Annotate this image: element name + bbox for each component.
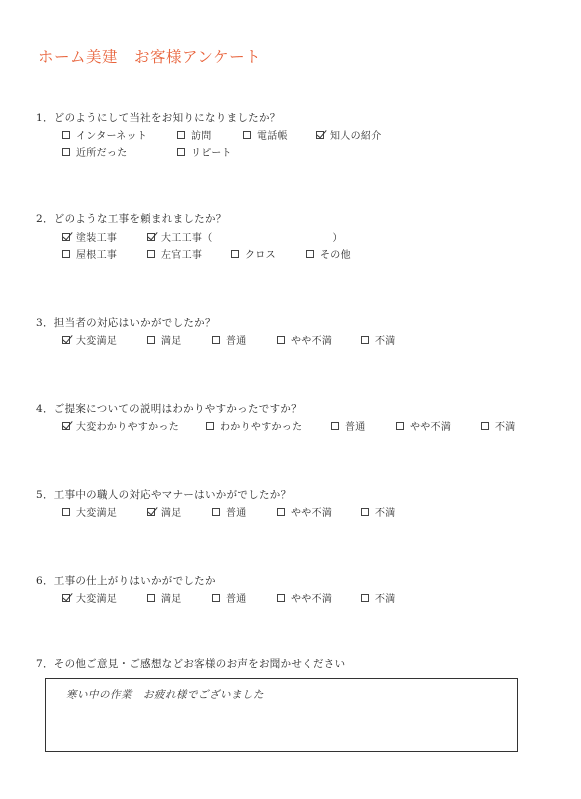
- checkbox-icon[interactable]: [147, 250, 155, 258]
- q2-option-other[interactable]: その他: [306, 246, 351, 261]
- checkbox-icon[interactable]: [277, 336, 285, 344]
- checkbox-icon[interactable]: [212, 336, 220, 344]
- q5-option-dissatisfied[interactable]: 不満: [361, 504, 396, 519]
- question-7-label: 7．その他ご意見・ご感想などお客様のお声をお聞かせください: [36, 656, 345, 671]
- q4-option-neutral[interactable]: 普通: [331, 418, 366, 433]
- q6-option-somewhat-dissatisfied[interactable]: やや不満: [277, 590, 332, 605]
- company-name: ホーム美建: [38, 48, 118, 66]
- question-6-label: 6．工事の仕上がりはいかがでしたか: [36, 573, 216, 588]
- q6-option-dissatisfied[interactable]: 不満: [361, 590, 396, 605]
- question-5-label: 5．工事中の職人の対応やマナーはいかがでしたか？: [36, 487, 291, 502]
- comment-field[interactable]: 寒い中の作業 お疲れ様でございました: [45, 678, 518, 752]
- q2-option-wallpaper[interactable]: クロス: [231, 246, 276, 261]
- q6-option-neutral[interactable]: 普通: [212, 590, 247, 605]
- q6-option-satisfied[interactable]: 満足: [147, 590, 182, 605]
- comment-text: 寒い中の作業 お疲れ様でございました: [66, 687, 264, 702]
- q3-option-neutral[interactable]: 普通: [212, 332, 247, 347]
- q5-option-neutral[interactable]: 普通: [212, 504, 247, 519]
- q5-option-somewhat-dissatisfied[interactable]: やや不満: [277, 504, 332, 519]
- q3-option-satisfied[interactable]: 満足: [147, 332, 182, 347]
- checkbox-icon[interactable]: [361, 508, 369, 516]
- checkbox-icon[interactable]: [62, 508, 70, 516]
- checkbox-checked-icon[interactable]: [316, 131, 324, 139]
- checkbox-icon[interactable]: [147, 594, 155, 602]
- checkbox-icon[interactable]: [62, 131, 70, 139]
- q1-option-nearby[interactable]: 近所だった: [62, 144, 128, 159]
- survey-header: ホーム美建お客様アンケート: [38, 45, 261, 67]
- checkbox-checked-icon[interactable]: [62, 422, 70, 430]
- q2-option-plastering[interactable]: 左官工事: [147, 246, 202, 261]
- checkbox-icon[interactable]: [177, 131, 185, 139]
- checkbox-checked-icon[interactable]: [62, 336, 70, 344]
- q5-option-very-satisfied[interactable]: 大変満足: [62, 504, 117, 519]
- question-3-label: 3．担当者の対応はいかがでしたか？: [36, 315, 216, 330]
- checkbox-icon[interactable]: [62, 250, 70, 258]
- q1-option-internet[interactable]: インターネット: [62, 127, 147, 142]
- checkbox-icon[interactable]: [62, 148, 70, 156]
- q3-option-dissatisfied[interactable]: 不満: [361, 332, 396, 347]
- checkbox-icon[interactable]: [206, 422, 214, 430]
- checkbox-checked-icon[interactable]: [147, 508, 155, 516]
- checkbox-icon[interactable]: [147, 336, 155, 344]
- q3-option-somewhat-dissatisfied[interactable]: やや不満: [277, 332, 332, 347]
- q4-option-dissatisfied[interactable]: 不満: [481, 418, 516, 433]
- checkbox-icon[interactable]: [481, 422, 489, 430]
- q4-option-very-clear[interactable]: 大変わかりやすかった: [62, 418, 179, 433]
- q1-option-repeat[interactable]: リピート: [177, 144, 232, 159]
- survey-title: お客様アンケート: [134, 48, 261, 66]
- checkbox-icon[interactable]: [243, 131, 251, 139]
- q1-option-phonebook[interactable]: 電話帳: [243, 127, 288, 142]
- q4-option-somewhat-dissatisfied[interactable]: やや不満: [396, 418, 451, 433]
- checkbox-icon[interactable]: [306, 250, 314, 258]
- checkbox-checked-icon[interactable]: [62, 233, 70, 241]
- checkbox-icon[interactable]: [361, 594, 369, 602]
- q2-option-painting[interactable]: 塗装工事: [62, 229, 117, 244]
- checkbox-checked-icon[interactable]: [62, 594, 70, 602]
- q1-option-visit[interactable]: 訪問: [177, 127, 212, 142]
- question-4-label: 4．ご提案についての説明はわかりやすかったですか？: [36, 401, 302, 416]
- q5-option-satisfied[interactable]: 満足: [147, 504, 182, 519]
- question-1-label: 1．どのようにして当社をお知りになりましたか？: [36, 110, 281, 125]
- checkbox-icon[interactable]: [277, 508, 285, 516]
- question-2-label: 2．どのような工事を頼まれましたか？: [36, 211, 227, 226]
- q2-option-roofing[interactable]: 屋根工事: [62, 246, 117, 261]
- checkbox-icon[interactable]: [212, 594, 220, 602]
- q3-option-very-satisfied[interactable]: 大変満足: [62, 332, 117, 347]
- q4-option-clear[interactable]: わかりやすかった: [206, 418, 302, 433]
- checkbox-icon[interactable]: [177, 148, 185, 156]
- q2-option-carpentry[interactable]: 大工工事（）: [147, 229, 343, 244]
- checkbox-icon[interactable]: [212, 508, 220, 516]
- q1-option-referral[interactable]: 知人の紹介: [316, 127, 382, 142]
- checkbox-icon[interactable]: [396, 422, 404, 430]
- checkbox-icon[interactable]: [331, 422, 339, 430]
- checkbox-checked-icon[interactable]: [147, 233, 155, 241]
- q6-option-very-satisfied[interactable]: 大変満足: [62, 590, 117, 605]
- checkbox-icon[interactable]: [231, 250, 239, 258]
- checkbox-icon[interactable]: [277, 594, 285, 602]
- checkbox-icon[interactable]: [361, 336, 369, 344]
